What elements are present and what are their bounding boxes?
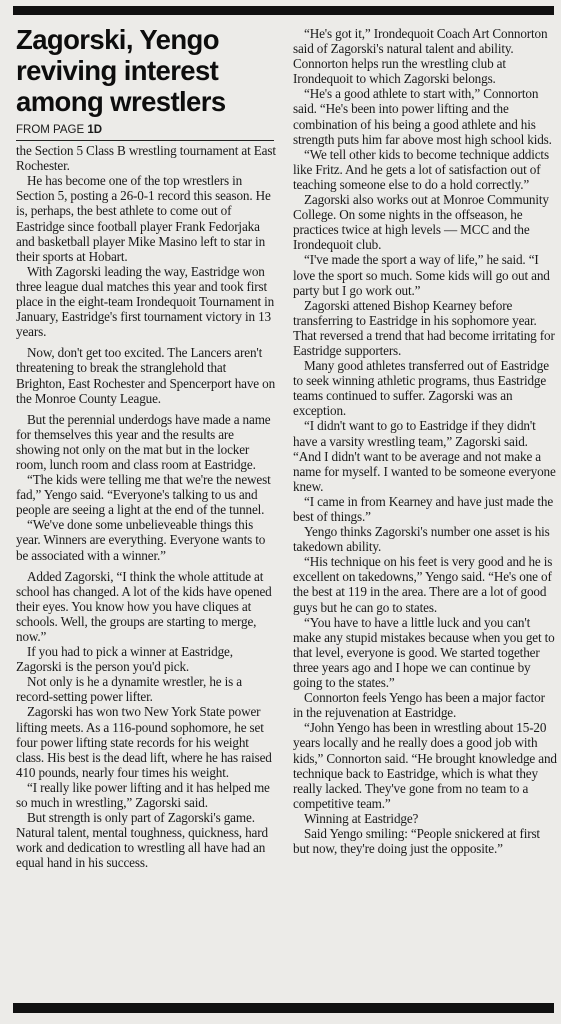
paragraph: Now, don't get too excited. The Lancers … [16,345,278,405]
paragraph: “I've made the sport a way of life,” he … [293,252,557,297]
top-rule [13,6,554,15]
paragraph: “We've done some unbelieveable things th… [16,517,278,562]
paragraph: If you had to pick a winner at Eastridge… [16,644,278,674]
paragraph: Zagorski attened Bishop Kearney before t… [293,298,557,358]
left-column: Zagorski, Yengo reviving interest among … [16,24,278,871]
paragraph: He has become one of the top wrestlers i… [16,173,278,264]
paragraph: “His technique on his feet is very good … [293,554,557,614]
paragraph: “We tell other kids to become technique … [293,147,557,192]
paragraph: “I came in from Kearney and have just ma… [293,494,557,524]
paragraph: But the perennial underdogs have made a … [16,412,278,472]
jump-label: FROM PAGE [16,124,84,136]
paragraph: “I really like power lifting and it has … [16,780,278,810]
paragraph: With Zagorski leading the way, Eastridge… [16,264,278,339]
headline: Zagorski, Yengo reviving interest among … [16,24,278,117]
jump-page: 1D [87,124,102,136]
paragraph: “John Yengo has been in wrestling about … [293,720,557,811]
paragraph: Connorton feels Yengo has been a major f… [293,690,557,720]
paragraph: “The kids were telling me that we're the… [16,472,278,517]
paragraph: But strength is only part of Zagorski's … [16,810,278,870]
paragraph: Said Yengo smiling: “People snickered at… [293,826,557,856]
paragraph: Added Zagorski, “I think the whole attit… [16,569,278,644]
paragraph: Zagorski also works out at Monroe Commun… [293,192,557,252]
bottom-rule [13,1003,554,1013]
paragraph: “He's a good athlete to start with,” Con… [293,86,557,146]
paragraph: Yengo thinks Zagorski's number one asset… [293,524,557,554]
paragraph: “You have to have a little luck and you … [293,615,557,690]
paragraph: Many good athletes transferred out of Ea… [293,358,557,418]
paragraph: “He's got it,” Irondequoit Coach Art Con… [293,26,557,86]
paragraph: Zagorski has won two New York State powe… [16,704,278,779]
paragraph: Winning at Eastridge? [293,811,557,826]
jump-line: FROM PAGE 1D [16,123,274,141]
paragraph: Not only is he a dynamite wrestler, he i… [16,674,278,704]
right-column: “He's got it,” Irondequoit Coach Art Con… [293,26,557,856]
paragraph: “I didn't want to go to Eastridge if the… [293,418,557,493]
paragraph: the Section 5 Class B wrestling tourname… [16,143,278,173]
